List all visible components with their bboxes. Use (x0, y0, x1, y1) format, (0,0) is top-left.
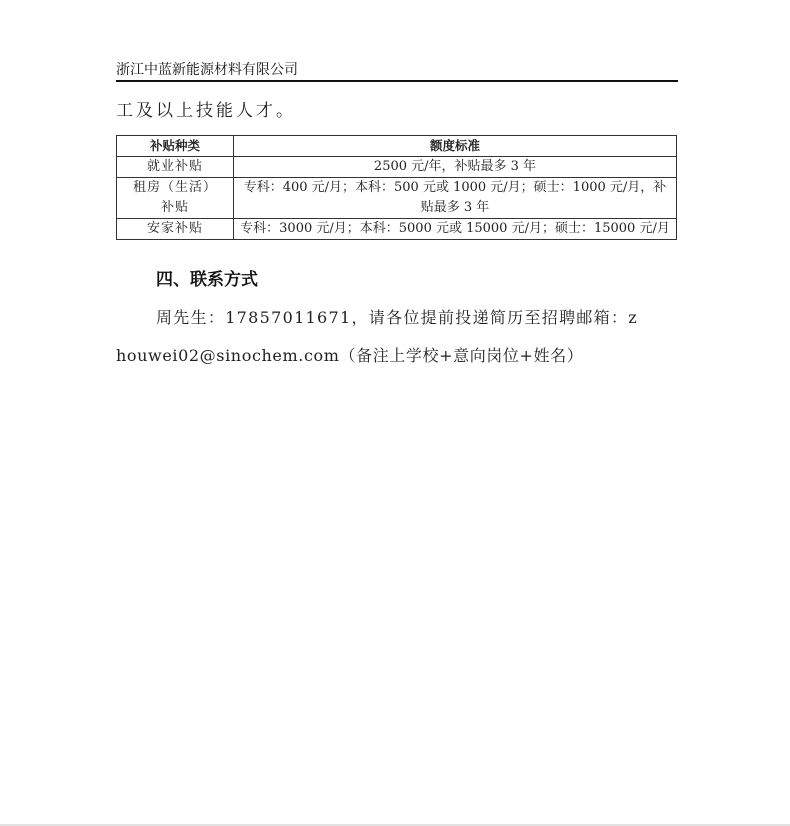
table-row: 安家补贴 专科：3000 元/月；本科：5000 元或 15000 元/月；硕士… (117, 219, 677, 240)
section-heading: 四、联系方式 (156, 265, 258, 290)
contact-text-line1: 周先生：17857011671，请各位提前投递简历至招聘邮箱：z (156, 305, 638, 328)
column-header-standard: 额度标准 (234, 136, 677, 157)
column-header-type: 补贴种类 (117, 136, 234, 157)
subsidy-standard: 专科：400 元/月；本科：500 元或 1000 元/月；硕士：1000 元/… (234, 178, 677, 219)
subsidy-standard: 专科：3000 元/月；本科：5000 元或 15000 元/月；硕士：1500… (234, 219, 677, 240)
contact-text-line2: houwei02@sinochem.com（备注上学校+意向岗位+姓名） (116, 343, 583, 366)
page-header: 浙江中蓝新能源材料有限公司 (116, 58, 678, 82)
subsidy-standard: 2500 元/年，补贴最多 3 年 (234, 157, 677, 178)
table-row: 租房（生活）补贴 专科：400 元/月；本科：500 元或 1000 元/月；硕… (117, 178, 677, 219)
subsidy-table: 补贴种类 额度标准 就业补贴 2500 元/年，补贴最多 3 年 租房（生活）补… (116, 135, 677, 240)
company-name: 浙江中蓝新能源材料有限公司 (116, 59, 298, 79)
table-row: 就业补贴 2500 元/年，补贴最多 3 年 (117, 157, 677, 178)
subsidy-type-line2: 补贴 (161, 200, 189, 215)
intro-text: 工及以上技能人才。 (116, 96, 296, 121)
subsidy-type: 租房（生活）补贴 (117, 178, 234, 219)
subsidy-type: 安家补贴 (117, 219, 234, 240)
table-header-row: 补贴种类 额度标准 (117, 136, 677, 157)
subsidy-type-line1: 租房（生活） (133, 180, 217, 195)
subsidy-type: 就业补贴 (117, 157, 234, 178)
